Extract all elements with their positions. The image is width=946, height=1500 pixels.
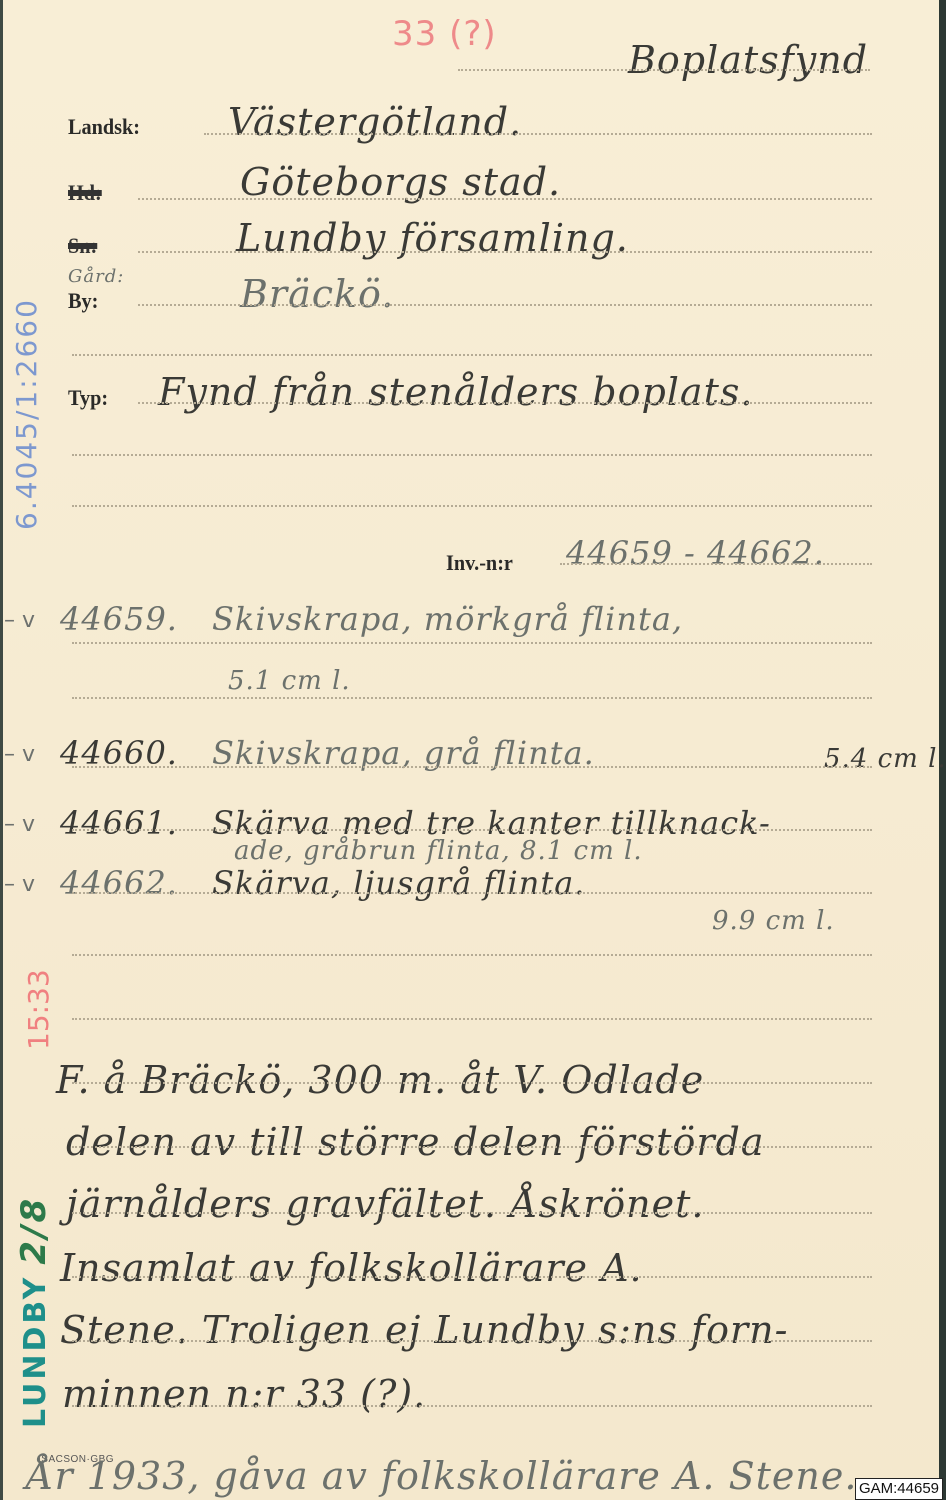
stamp-place: LUNDBY xyxy=(18,1275,53,1428)
catalog-id-label: GAM:44659 xyxy=(855,1478,943,1500)
category-title: Boplatsfynd xyxy=(628,38,868,82)
dotted-line xyxy=(72,829,872,831)
landsk-value: Västergötland. xyxy=(228,100,522,144)
hd-label: Hd: xyxy=(68,182,102,204)
item-extra: 5.4 cm l. xyxy=(824,744,946,774)
note-line: minnen n:r 33 (?). xyxy=(62,1372,426,1416)
typ-label: Typ: xyxy=(68,387,108,409)
item-number: 44661. xyxy=(60,804,178,842)
dotted-line xyxy=(72,1018,872,1020)
blue-margin-number: 6.4045/1:2660 xyxy=(10,298,43,530)
item-text: Skärva, ljusgrå flinta. xyxy=(212,864,585,902)
dotted-line xyxy=(72,1212,872,1214)
dotted-line xyxy=(138,304,872,306)
item-text: Skivskrapa, mörkgrå flinta, xyxy=(212,600,683,638)
note-line: Insamlat av folkskollärare A. xyxy=(60,1246,643,1290)
dotted-line xyxy=(72,1340,872,1342)
check-mark-icon: – v xyxy=(4,742,35,767)
dotted-line xyxy=(138,402,872,404)
stamp-number: 2/8 xyxy=(14,1196,54,1265)
check-mark-icon: – v xyxy=(4,872,35,897)
dotted-line xyxy=(72,892,872,894)
item-extra: ade, gråbrun flinta, 8.1 cm l. xyxy=(234,836,643,866)
check-mark-icon: – v xyxy=(4,812,35,837)
note-line: järnålders gravfältet. Åskrönet. xyxy=(66,1182,704,1226)
dotted-line xyxy=(72,1276,872,1278)
dotted-line xyxy=(72,954,872,956)
sn-value: Lundby församling. xyxy=(236,216,629,260)
dotted-line xyxy=(72,642,872,644)
dotted-line xyxy=(204,133,872,135)
dotted-line xyxy=(72,505,872,507)
item-extra: 9.9 cm l. xyxy=(712,906,835,936)
note-line: Stene. Troligen ej Lundby s:ns forn- xyxy=(60,1308,788,1352)
by-value: Bräckö. xyxy=(240,272,394,316)
note-line-donation: År 1933, gåva av folkskollärare A. Stene… xyxy=(26,1454,857,1498)
red-margin-number: 15:33 xyxy=(22,969,55,1050)
dotted-line xyxy=(138,198,872,200)
lundby-stamp: LUNDBY2/8 xyxy=(14,1196,54,1428)
dotted-line xyxy=(72,454,872,456)
item-number: 44659. xyxy=(60,600,178,638)
by-label: By: xyxy=(68,290,98,312)
sn-label: Sn: xyxy=(68,235,97,257)
top-annotation: 33 (?) xyxy=(392,14,497,54)
dotted-line xyxy=(72,697,872,699)
item-extra: 5.1 cm l. xyxy=(228,666,351,696)
check-mark-icon: – v xyxy=(4,608,35,633)
landsk-label: Landsk: xyxy=(68,116,140,138)
note-line: F. å Bräckö, 300 m. åt V. Odlade xyxy=(56,1058,704,1102)
dotted-line xyxy=(72,1146,872,1148)
item-number: 44662. xyxy=(60,864,178,902)
gard-label: Gård: xyxy=(68,266,124,287)
note-line: delen av till större delen förstörda xyxy=(66,1120,764,1164)
dotted-line xyxy=(560,563,872,565)
inv-label: Inv.-n:r xyxy=(446,552,513,574)
dotted-line xyxy=(72,1405,872,1407)
dotted-line xyxy=(72,354,872,356)
dotted-line xyxy=(138,251,872,253)
typ-value: Fynd från stenålders boplats. xyxy=(158,370,753,414)
inv-value: 44659 - 44662. xyxy=(566,534,825,572)
dotted-line xyxy=(72,1082,872,1084)
dotted-line xyxy=(72,766,872,768)
dotted-line xyxy=(458,69,870,71)
